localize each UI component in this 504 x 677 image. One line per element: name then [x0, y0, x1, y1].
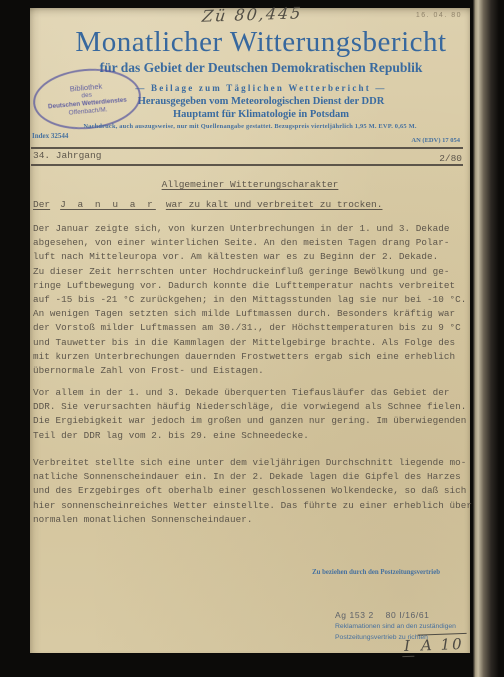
lead-rest: war zu kalt und verbreitet zu trocken. [166, 199, 383, 210]
handwritten-shelf-code: IA 10 [402, 635, 467, 655]
lead-month: J a n u a r [60, 199, 156, 210]
horizontal-rule-top [31, 147, 463, 149]
handwritten-reference: Zü 80,445 [201, 3, 303, 26]
reprint-notice: Nachdruck, auch auszugsweise, nur mit Qu… [30, 123, 470, 130]
scanned-page-background: Zü 80,445 16. 04. 80 Monatlicher Witteru… [0, 0, 504, 677]
index-number: Index 32544 [32, 132, 68, 140]
received-date-stamp: 16. 04. 80 [416, 12, 462, 19]
lead-prefix: Der [33, 199, 50, 210]
body-paragraph-1: Der Januar zeigte sich, von kurzen Unter… [33, 222, 466, 378]
volume-label: 34. Jahrgang [33, 150, 101, 161]
an-edv-number: AN (EDV) 17 054 [411, 137, 460, 144]
section-heading: Allgemeiner Witterungscharakter [30, 179, 470, 190]
complaint-line-1: Reklamationen sind an den zuständigen [335, 622, 456, 631]
body-paragraph-2: Vor allem in der 1. und 3. Dekade überqu… [33, 386, 466, 443]
horizontal-rule-bottom [31, 164, 463, 166]
book-page-edges [470, 0, 504, 677]
lead-sentence: DerJ a n u a rwar zu kalt und verbreitet… [33, 199, 382, 210]
issue-number: 2/80 [439, 153, 462, 164]
shelf-code-part-2: A 10 [418, 633, 467, 655]
distribution-note: Zu beziehen durch den Postzeitungsvertri… [312, 569, 440, 576]
page-title: Monatlicher Witterungsbericht [52, 26, 470, 58]
body-paragraph-3: Verbreitet stellte sich eine unter dem v… [33, 456, 472, 527]
print-permit-code: Ag 153 2 80 I/16/61 [335, 610, 456, 620]
shelf-code-part-1: I [402, 637, 415, 657]
document-page: Zü 80,445 16. 04. 80 Monatlicher Witteru… [30, 8, 470, 653]
section-heading-text: Allgemeiner Witterungscharakter [162, 179, 339, 190]
